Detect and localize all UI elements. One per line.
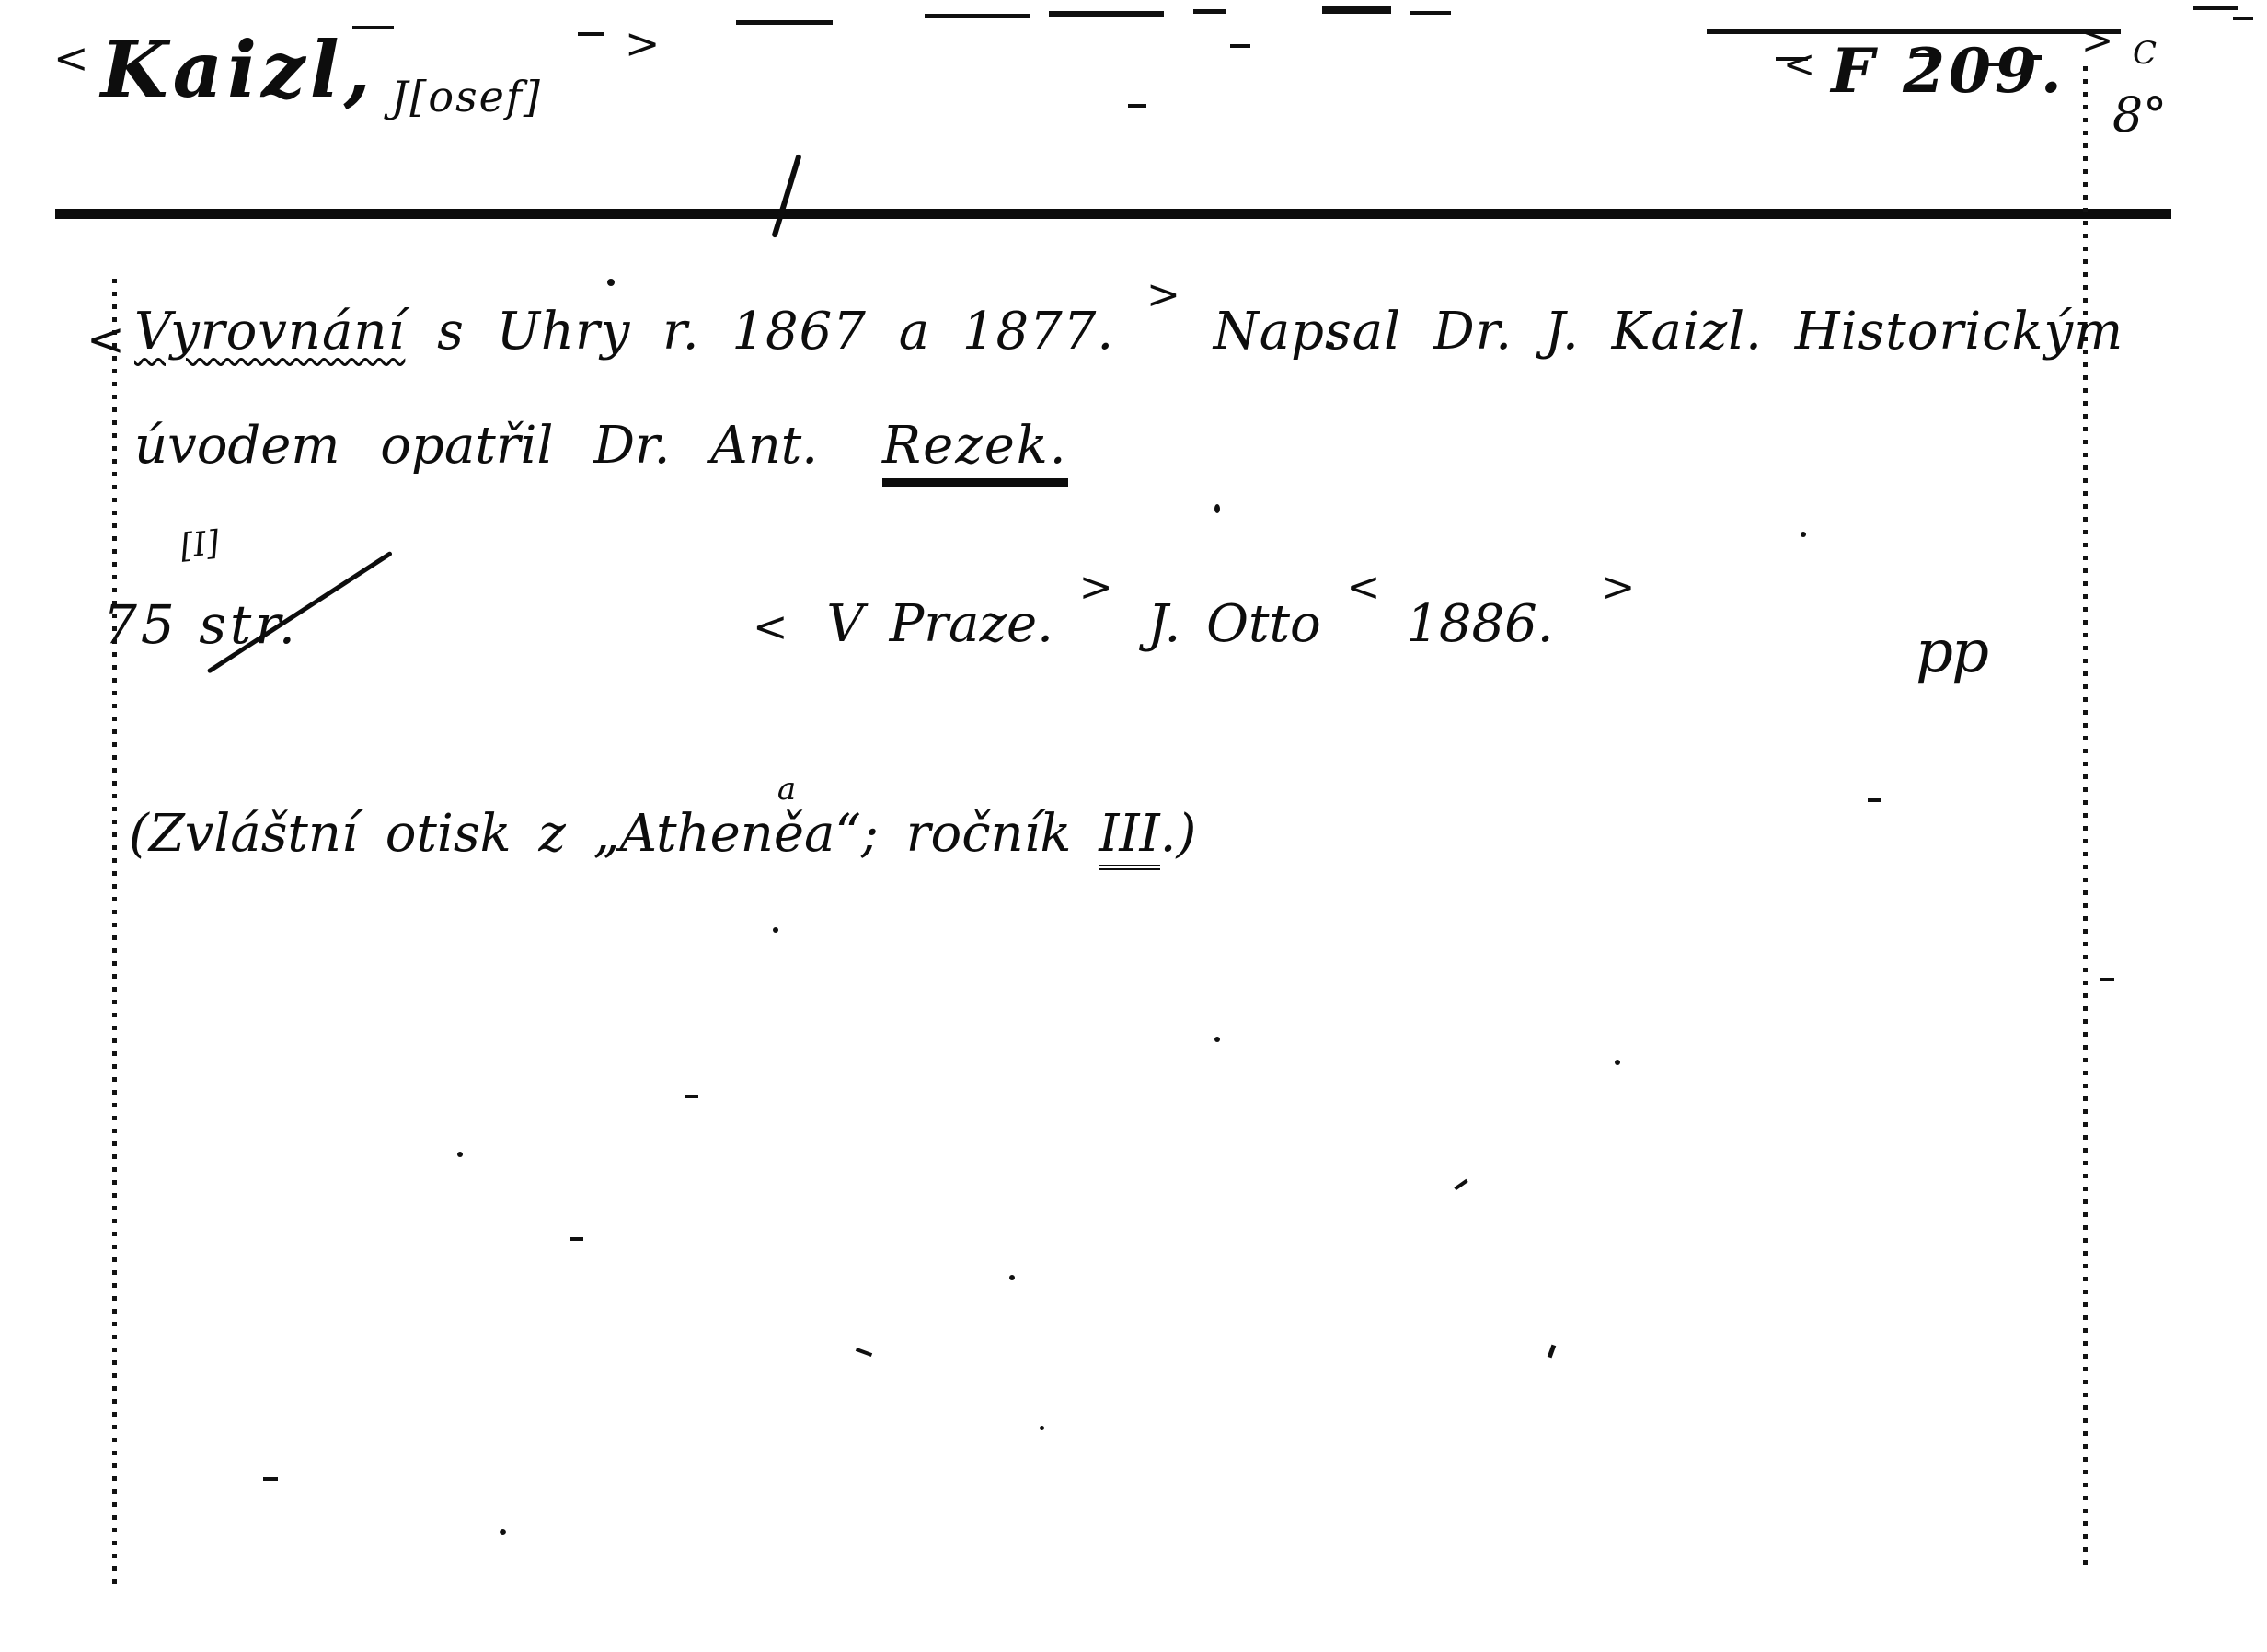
scan-speck [607, 279, 615, 286]
scan-noise-dash [1410, 11, 1451, 15]
base-letter: ě [774, 804, 804, 864]
insertion-open-mark: < [753, 602, 788, 651]
corner-letter: C [2133, 35, 2157, 72]
insertion-close-mark: > [1146, 271, 1181, 318]
imprint-year: 1886. [1406, 594, 1553, 654]
editor-surname: Rezek. [882, 416, 1068, 487]
shelfmark-group: < F 209. > [1783, 35, 2113, 107]
scan-speck [1801, 532, 1806, 537]
extent: 75 str. [103, 593, 299, 656]
insertion-close-mark: > [1601, 564, 1635, 611]
statement-line-2: úvodem opatřil Dr. Ant. Rezek. [134, 416, 1068, 476]
author-surname: Kaizl, [101, 24, 375, 115]
imprint-publisher: J. Otto [1147, 594, 1320, 654]
statement-line2-text: úvodem opatřil Dr. Ant. [134, 416, 818, 476]
right-dotted-border [2083, 66, 2088, 1571]
scan-speck [1009, 1275, 1015, 1280]
pen-stroke [771, 154, 801, 238]
scan-noise-dash [1454, 1179, 1467, 1190]
note-volume: III [1099, 804, 1159, 870]
note-after-word: a“; [804, 804, 879, 864]
insertion-note: [I] [178, 524, 221, 566]
note-prefix: (Zvláštní otisk z „Athen [129, 804, 774, 864]
scan-noise-dash [1230, 44, 1250, 48]
scan-noise-dash [1868, 798, 1881, 802]
statement-of-responsibility: Napsal Dr. J. Kaizl. Historickým [1214, 302, 2123, 361]
imprint-place: V Praze. [826, 594, 1053, 654]
scan-noise-dash [1193, 9, 1226, 14]
insertion-close-mark: > [2081, 17, 2113, 63]
left-dotted-border [112, 279, 117, 1592]
scan-noise-dash [685, 1095, 698, 1098]
shelfmark: F 209. [1831, 35, 2066, 107]
insertion-close-mark: > [625, 18, 661, 68]
scan-speck [500, 1529, 506, 1535]
insertion-open-mark: < [1347, 564, 1381, 611]
price-code: pp [1916, 618, 1987, 686]
scan-noise-dash [2100, 978, 2114, 981]
imprint-line: < V Praze. > J. Otto < 1886. > [753, 594, 1635, 654]
scan-noise-dash [2193, 6, 2238, 10]
scan-noise-dash [1128, 104, 1146, 108]
scan-noise-dash [2233, 17, 2253, 20]
catalog-card: < Kaizl, J[osef] > < F 209. > C 8° < Vyr… [0, 0, 2267, 1652]
scan-speck [1615, 1060, 1620, 1065]
insertion-close-mark: > [1079, 564, 1113, 611]
scan-noise-dash [1707, 29, 2121, 34]
scan-noise-dash [736, 20, 833, 25]
author-heading: < Kaizl, J[osef] > [53, 24, 660, 115]
scan-speck [1214, 1037, 1220, 1042]
title-line: Vyrovnání s Uhry r. 1867 a 1877. > Napsa… [134, 302, 2123, 361]
note-suffix: .) [1160, 804, 1197, 864]
corrected-letter-stack: aě [774, 804, 804, 864]
scan-noise-dash [2029, 55, 2042, 60]
offprint-note: (Zvláštní otisk z „Athenaěa“; ročník III… [129, 804, 1196, 864]
scan-noise-dash [570, 1237, 583, 1241]
author-forename: J[osef] [391, 72, 542, 121]
scan-noise-dash [1049, 11, 1164, 17]
scan-speck [1328, 342, 1334, 349]
title-first-word: Vyrovnání [134, 302, 405, 361]
scan-noise-dash [1548, 1345, 1556, 1359]
inserted-letter: a [777, 771, 796, 808]
insertion-open-mark: < [53, 33, 89, 83]
title-open-mark: < [86, 313, 125, 366]
scan-speck [1214, 504, 1220, 513]
title-rest: s Uhry r. 1867 a 1877. [405, 302, 1114, 361]
format-mark: 8° [2112, 88, 2167, 143]
note-middle: ročník [879, 804, 1099, 864]
scan-noise-dash [856, 1348, 872, 1357]
insertion-open-mark: < [1783, 41, 1815, 86]
scan-noise-dash [263, 1477, 278, 1481]
scan-noise-dash [1322, 6, 1391, 14]
scan-speck [773, 927, 778, 933]
header-rule [55, 209, 2171, 219]
scan-speck [1040, 1426, 1044, 1430]
scan-noise-dash [925, 14, 1030, 18]
scan-speck [457, 1152, 463, 1157]
